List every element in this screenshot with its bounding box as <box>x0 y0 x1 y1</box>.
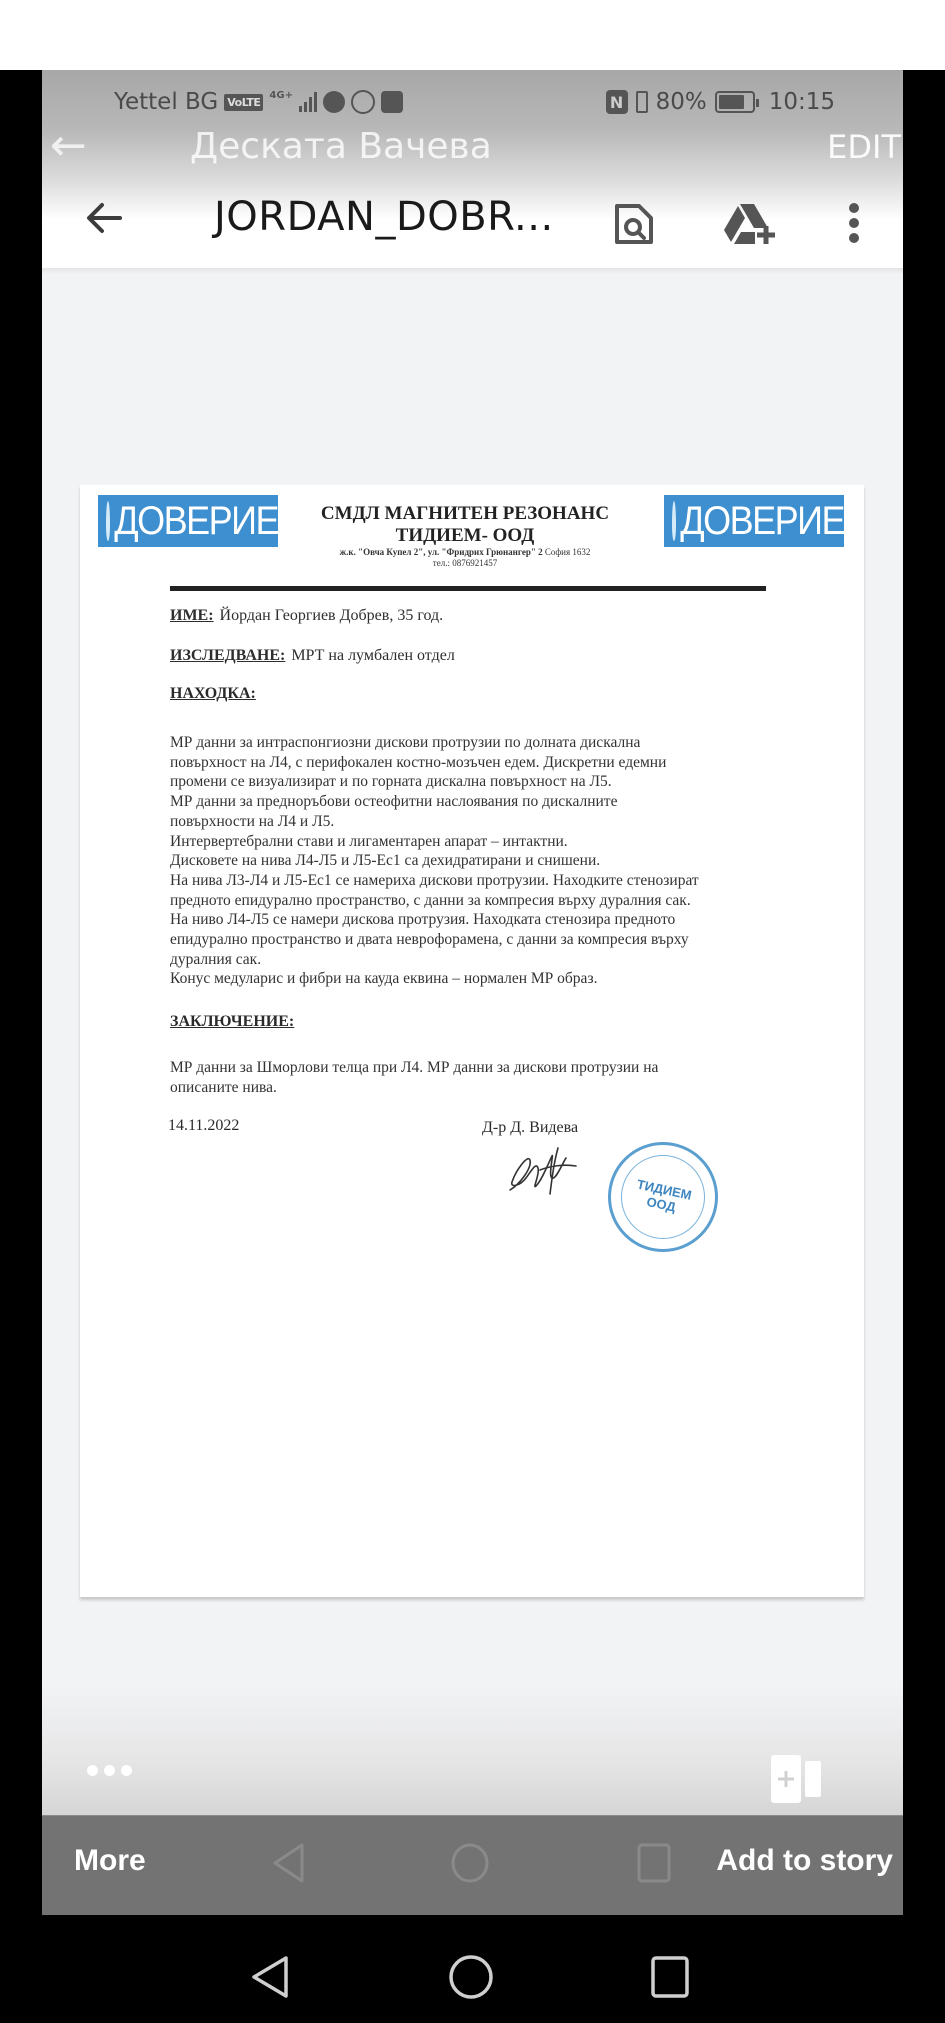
conclusion-heading: ЗАКЛЮЧЕНИЕ: <box>170 1013 294 1031</box>
findings-line: епидурално пространство и двата неврофор… <box>170 930 780 950</box>
org-address: ж.к. "Овча Купел 2", ул. "Фридрих Грюнан… <box>285 547 645 558</box>
bottom-action-bar: More Add to story <box>42 1815 903 1915</box>
nav-recents-icon[interactable] <box>650 1955 690 1999</box>
exam-field: ИЗСЛЕДВАНЕ:МРТ на лумбален отдел <box>170 647 455 665</box>
add-to-story-button[interactable]: Add to story <box>716 1844 893 1878</box>
signal-icon <box>299 92 317 112</box>
messenger-header: ← Дескатa Вачева EDIT <box>42 120 903 170</box>
screen: Yettel BG VoLTE 4G+ N 80% 10:15 ← Дескат… <box>42 70 903 1915</box>
nfc-icon: N <box>606 90 628 114</box>
contact-name: Дескатa Вачева <box>190 126 492 167</box>
findings-line: повърхности на Л4 и Л5. <box>170 812 780 832</box>
address-street: ж.к. "Овча Купел 2", ул. "Фридрих Грюнан… <box>340 547 543 557</box>
findings-line: повърхност на Л4, с перифокален костно-м… <box>170 753 780 773</box>
clinic-logo-right: ДОВЕРИЕ <box>664 495 844 547</box>
findings-line: На ниво Л4-Л5 се намери дискова протрузи… <box>170 910 780 930</box>
more-horiz-icon <box>87 1765 98 1776</box>
file-search-icon <box>612 202 656 246</box>
edit-button[interactable]: EDIT <box>827 128 901 166</box>
findings-text: МР данни за интраспонгиозни дискови прот… <box>170 733 780 989</box>
findings-line: МР данни за интраспонгиозни дискови прот… <box>170 733 780 753</box>
leaf-logo-icon <box>106 501 110 541</box>
back-button[interactable] <box>84 198 124 238</box>
battery-icon <box>715 91 755 113</box>
viber-icon <box>351 90 375 114</box>
messenger-back-button[interactable]: ← <box>50 126 87 166</box>
system-nav-bar <box>0 1915 945 2023</box>
more-button[interactable]: More <box>74 1844 146 1878</box>
nav-back-icon[interactable] <box>248 1955 292 1999</box>
conclusion-line: описаните нива. <box>170 1078 780 1098</box>
header-rule <box>170 586 766 591</box>
status-right: N 80% 10:15 <box>606 89 835 115</box>
more-vert-icon <box>842 202 866 246</box>
findings-heading: НАХОДКА: <box>170 685 256 703</box>
org-name-line2: ТИДИЕМ- ООД <box>285 525 645 547</box>
find-in-document-button[interactable] <box>612 202 656 246</box>
name-value: Йордан Георгиев Добрев, 35 год. <box>220 607 444 624</box>
document-page[interactable]: ДОВЕРИЕ СМДЛ МАГНИТЕН РЕЗОНАНС ТИДИЕМ- О… <box>80 485 864 1597</box>
messenger-icon <box>323 91 345 113</box>
findings-line: дуралния сак. <box>170 950 780 970</box>
signature-icon <box>500 1140 590 1200</box>
findings-line: промени се визуализират и по горната дис… <box>170 772 780 792</box>
arrow-left-icon <box>84 198 124 238</box>
findings-line: МР данни за предноръбови остеофитни насл… <box>170 792 780 812</box>
drive-add-icon <box>722 202 778 246</box>
volte-icon: VoLTE <box>224 94 263 111</box>
report-date: 14.11.2022 <box>168 1117 239 1135</box>
exam-value: МРТ на лумбален отдел <box>291 647 454 664</box>
findings-line: На нива Л3-Л4 и Л5-Ес1 се намериха диско… <box>170 871 780 891</box>
org-header: СМДЛ МАГНИТЕН РЕЗОНАНС ТИДИЕМ- ООД ж.к. … <box>285 503 645 569</box>
conclusion-text: МР данни за Шморлови телца при Л4. МР да… <box>170 1058 780 1097</box>
carrier-label: Yettel BG <box>114 89 218 115</box>
findings-line: предното епидурално пространство, с данн… <box>170 891 780 911</box>
clinic-logo-left: ДОВЕРИЕ <box>98 495 278 547</box>
org-phone: тел.: 0876921457 <box>285 558 645 569</box>
patient-name-field: ИМЕ:Йордан Георгиев Добрев, 35 год. <box>170 607 443 625</box>
conclusion-line: МР данни за Шморлови телца при Л4. МР да… <box>170 1058 780 1078</box>
nav-home-icon[interactable] <box>448 1955 494 1999</box>
address-city: София 1632 <box>543 547 591 557</box>
toolbar-divider <box>42 268 903 274</box>
name-label: ИМЕ: <box>170 607 214 624</box>
file-title: JORDAN_DOBR... <box>214 194 554 240</box>
page-menu-button[interactable] <box>87 1765 132 1776</box>
viewer-toolbar: JORDAN_DOBR... <box>42 170 903 275</box>
add-page-icon <box>769 1755 823 1803</box>
clock: 10:15 <box>769 89 835 115</box>
ghost-back-icon <box>270 1842 306 1884</box>
notification-app-icon <box>381 91 403 113</box>
network-type-label: 4G+ <box>269 91 293 101</box>
status-bar: Yettel BG VoLTE 4G+ N 80% 10:15 <box>42 84 903 120</box>
stamp-text: ТИДИЕМ ООД <box>633 1177 693 1218</box>
battery-percent: 80% <box>656 89 707 115</box>
ghost-recents-icon <box>636 1842 672 1884</box>
findings-line: Интервертебрални стави и лигаментарен ап… <box>170 832 780 852</box>
more-options-button[interactable] <box>842 202 866 246</box>
findings-line: Конус медуларис и фибри на кауда еквина … <box>170 969 780 989</box>
top-margin <box>0 0 945 70</box>
leaf-logo-icon <box>672 501 676 541</box>
status-left: Yettel BG VoLTE 4G+ <box>114 89 403 115</box>
doctor-name: Д-р Д. Видева <box>482 1119 578 1137</box>
findings-line: Дисковете на нива Л4-Л5 и Л5-Ес1 са дехи… <box>170 851 780 871</box>
add-page-button[interactable] <box>769 1755 823 1803</box>
org-name-line1: СМДЛ МАГНИТЕН РЕЗОНАНС <box>285 503 645 525</box>
add-to-drive-button[interactable] <box>722 202 778 246</box>
logo-text: ДОВЕРИЕ <box>114 498 278 544</box>
exam-label: ИЗСЛЕДВАНЕ: <box>170 647 285 664</box>
vibrate-icon <box>636 91 648 113</box>
ghost-home-icon <box>450 1842 490 1884</box>
logo-text: ДОВЕРИЕ <box>680 498 844 544</box>
clinic-stamp: ТИДИЕМ ООД <box>608 1142 718 1252</box>
